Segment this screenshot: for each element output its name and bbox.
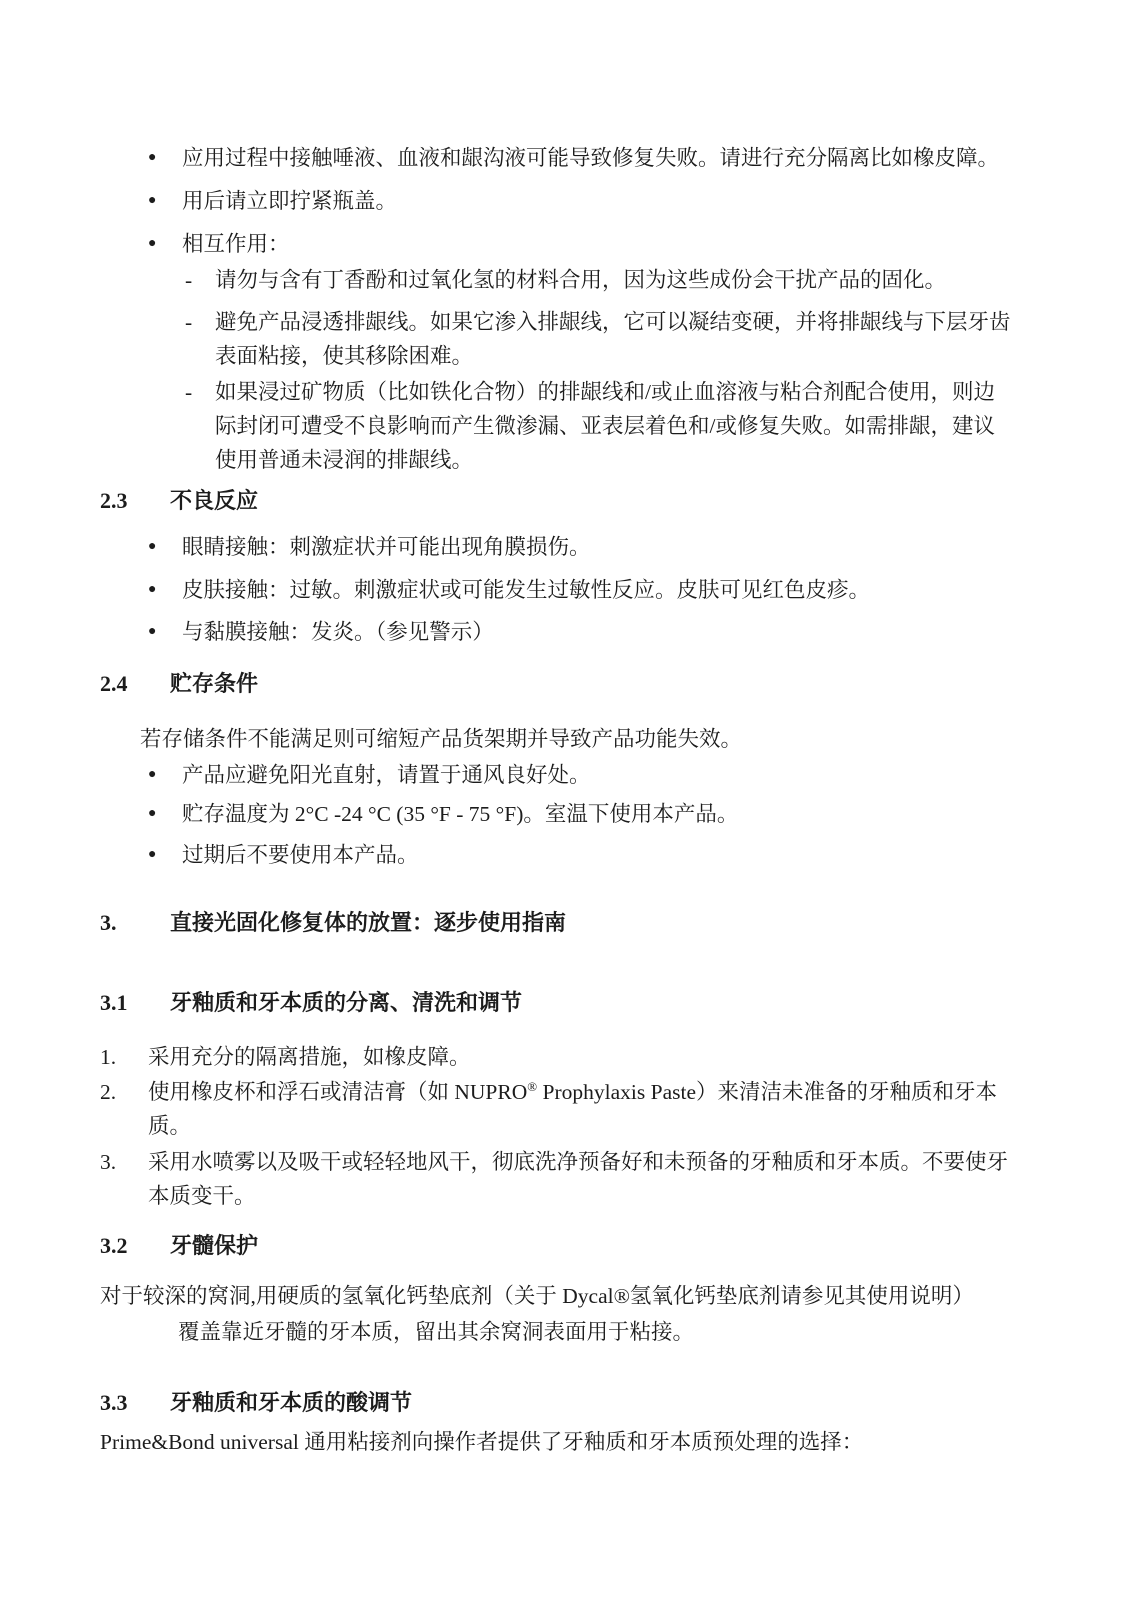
bullet-icon: ● <box>148 758 182 792</box>
list-item-text: 与黏膜接触：发炎。（参见警示） <box>182 615 494 649</box>
section-heading: 2.3 不良反应 <box>100 483 1014 519</box>
sub-list-item-text: 请勿与含有丁香酚和过氧化氢的材料合用，因为这些成份会干扰产品的固化。 <box>215 263 946 297</box>
step-text: 采用充分的隔离措施，如橡皮障。 <box>148 1040 471 1074</box>
paragraph-line: 覆盖靠近牙髓的牙本质，留出其余窝洞表面用于粘接。 <box>178 1314 1014 1350</box>
section-title: 不良反应 <box>170 483 258 519</box>
list-item-text: 贮存温度为 2°C -24 °C (35 °F - 75 °F)。室温下使用本产… <box>182 797 738 831</box>
step-number: 3. <box>100 1145 148 1213</box>
section-number: 3.2 <box>100 1228 170 1264</box>
list-item-text: 相互作用： <box>182 227 290 261</box>
list-item: ● 用后请立即拧紧瓶盖。 <box>100 184 1014 218</box>
bullet-icon: ● <box>148 530 182 564</box>
list-item: ● 应用过程中接触唾液、血液和龈沟液可能导致修复失败。请进行充分隔离比如橡皮障。 <box>100 141 1014 175</box>
list-item: ● 与黏膜接触：发炎。（参见警示） <box>100 615 1014 649</box>
section-heading: 2.4 贮存条件 <box>100 666 1014 702</box>
bullet-icon: ● <box>148 141 182 175</box>
section-title: 牙釉质和牙本质的分离、清洗和调节 <box>170 985 522 1021</box>
step-text: 使用橡皮杯和浮石或清洁膏（如 NUPRO® Prophylaxis Paste）… <box>148 1075 1014 1143</box>
step-item: 3. 采用水喷雾以及吸干或轻轻地风干，彻底洗净预备好和未预备的牙釉质和牙本质。不… <box>100 1145 1014 1213</box>
registered-trademark-symbol: ® <box>527 1079 537 1094</box>
paragraph: 对于较深的窝洞,用硬质的氢氧化钙垫底剂（关于 Dycal®氢氧化钙垫底剂请参见其… <box>100 1278 1014 1350</box>
sub-list-item: - 避免产品浸透排龈线。如果它渗入排龈线，它可以凝结变硬，并将排龈线与下层牙齿表… <box>100 305 1014 373</box>
paragraph: 若存储条件不能满足则可缩短产品货架期并导致产品功能失效。 <box>140 722 1014 756</box>
section-number: 2.3 <box>100 483 170 519</box>
section-heading: 3.2 牙髓保护 <box>100 1228 1014 1264</box>
dash-icon: - <box>185 375 215 477</box>
list-item-text: 产品应避免阳光直射，请置于通风良好处。 <box>182 758 591 792</box>
step-number: 1. <box>100 1040 148 1074</box>
section-title: 直接光固化修复体的放置：逐步使用指南 <box>170 905 566 941</box>
section-number: 3.3 <box>100 1385 170 1421</box>
bullet-icon: ● <box>148 184 182 218</box>
paragraph-line: 对于较深的窝洞,用硬质的氢氧化钙垫底剂（关于 Dycal®氢氧化钙垫底剂请参见其… <box>100 1278 1014 1314</box>
step-item: 2. 使用橡皮杯和浮石或清洁膏（如 NUPRO® Prophylaxis Pas… <box>100 1075 1014 1143</box>
document-page: ● 应用过程中接触唾液、血液和龈沟液可能导致修复失败。请进行充分隔离比如橡皮障。… <box>0 0 1130 1600</box>
section-title: 贮存条件 <box>170 666 258 702</box>
list-item-text: 应用过程中接触唾液、血液和龈沟液可能导致修复失败。请进行充分隔离比如橡皮障。 <box>182 141 999 175</box>
sub-list-item: - 如果浸过矿物质（比如铁化合物）的排龈线和/或止血溶液与粘合剂配合使用，则边际… <box>100 375 1014 477</box>
list-item: ● 过期后不要使用本产品。 <box>100 838 1014 872</box>
section-heading: 3.1 牙釉质和牙本质的分离、清洗和调节 <box>100 985 1014 1021</box>
section-title: 牙釉质和牙本质的酸调节 <box>170 1385 412 1421</box>
sub-list-item-text: 避免产品浸透排龈线。如果它渗入排龈线，它可以凝结变硬，并将排龈线与下层牙齿表面粘… <box>215 305 1014 373</box>
bullet-icon: ● <box>148 227 182 261</box>
list-item-text: 皮肤接触：过敏。刺激症状或可能发生过敏性反应。皮肤可见红色皮疹。 <box>182 573 870 607</box>
list-item: ● 相互作用： <box>100 227 1014 261</box>
section-heading: 3.3 牙釉质和牙本质的酸调节 <box>100 1385 1014 1421</box>
bullet-icon: ● <box>148 573 182 607</box>
list-item: ● 产品应避免阳光直射，请置于通风良好处。 <box>100 758 1014 792</box>
step-text: 采用水喷雾以及吸干或轻轻地风干，彻底洗净预备好和未预备的牙釉质和牙本质。不要使牙… <box>148 1145 1014 1213</box>
dash-icon: - <box>185 263 215 297</box>
list-item: ● 皮肤接触：过敏。刺激症状或可能发生过敏性反应。皮肤可见红色皮疹。 <box>100 573 1014 607</box>
dash-icon: - <box>185 305 215 373</box>
sub-list-item-text: 如果浸过矿物质（比如铁化合物）的排龈线和/或止血溶液与粘合剂配合使用，则边际封闭… <box>215 375 1014 477</box>
list-item: ● 眼睛接触：刺激症状并可能出现角膜损伤。 <box>100 530 1014 564</box>
list-item: ● 贮存温度为 2°C -24 °C (35 °F - 75 °F)。室温下使用… <box>100 797 1014 831</box>
bullet-icon: ● <box>148 797 182 831</box>
section-title: 牙髓保护 <box>170 1228 258 1264</box>
step-number: 2. <box>100 1075 148 1143</box>
bullet-icon: ● <box>148 615 182 649</box>
document-content: ● 应用过程中接触唾液、血液和龈沟液可能导致修复失败。请进行充分隔离比如橡皮障。… <box>0 0 1130 1459</box>
list-item-text: 过期后不要使用本产品。 <box>182 838 419 872</box>
section-number: 2.4 <box>100 666 170 702</box>
sub-list-item: - 请勿与含有丁香酚和过氧化氢的材料合用，因为这些成份会干扰产品的固化。 <box>100 263 1014 297</box>
list-item-text: 用后请立即拧紧瓶盖。 <box>182 184 397 218</box>
step-item: 1. 采用充分的隔离措施，如橡皮障。 <box>100 1040 1014 1074</box>
section-heading: 3. 直接光固化修复体的放置：逐步使用指南 <box>100 905 1014 941</box>
list-item-text: 眼睛接触：刺激症状并可能出现角膜损伤。 <box>182 530 591 564</box>
section-number: 3. <box>100 905 170 941</box>
paragraph: Prime&Bond universal 通用粘接剂向操作者提供了牙釉质和牙本质… <box>100 1425 1014 1459</box>
section-number: 3.1 <box>100 985 170 1021</box>
step-text-pre: 使用橡皮杯和浮石或清洁膏（如 NUPRO <box>148 1080 527 1104</box>
bullet-icon: ● <box>148 838 182 872</box>
